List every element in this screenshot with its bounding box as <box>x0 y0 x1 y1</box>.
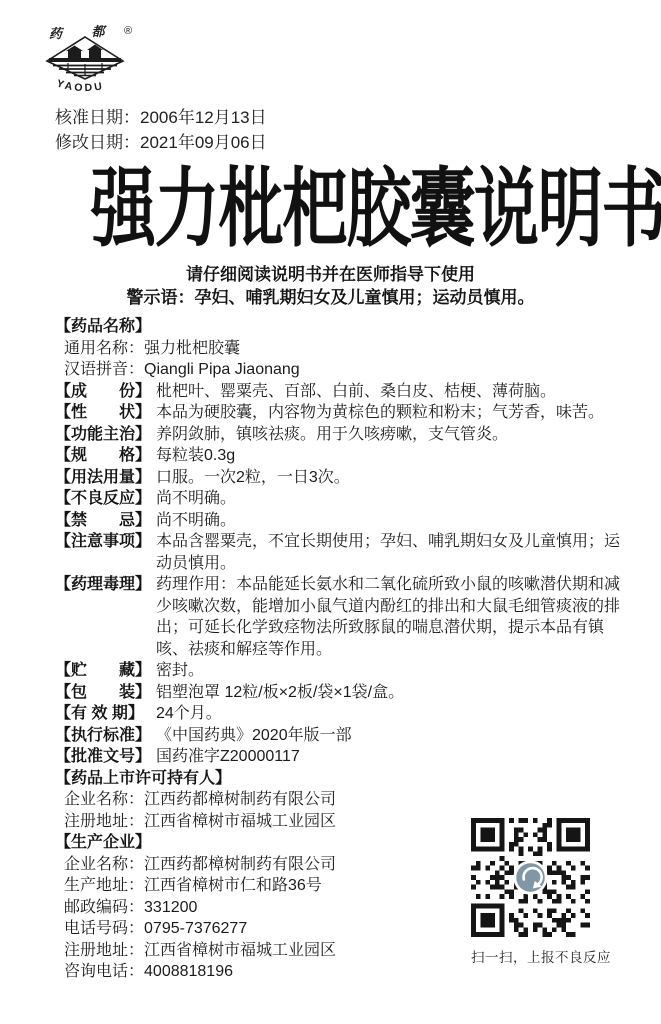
section-content: 尚不明确。 <box>156 510 627 532</box>
section-contraindications: 【禁 忌】 尚不明确。 <box>55 510 627 532</box>
sub-value: 4008818196 <box>144 961 233 983</box>
sub-label: 通用名称： <box>64 338 144 360</box>
sub-value: 江西省樟树市福城工业园区 <box>144 940 336 962</box>
revision-date-label: 修改日期： <box>55 133 140 152</box>
sub-value: 江西省樟树市仁和路36号 <box>144 875 322 897</box>
section-label: 【执行标准】 <box>55 725 156 747</box>
leaflet-page: 药 都 ® YAODU 核准日期：2006年12月13日 修改日期：2021年0… <box>0 0 661 1024</box>
sub-item-pinyin: 汉语拼音： Qiangli Pipa Jiaonang <box>55 359 627 381</box>
section-dosage: 【用法用量】 口服。一次2粒，一日3次。 <box>55 467 627 489</box>
section-content: 养阴敛肺，镇咳祛痰。用于久咳痨嗽，支气管炎。 <box>156 424 627 446</box>
page-title: 强力枇杷胶囊说明书 <box>91 163 661 256</box>
sub-value: 江西药都樟树制药有限公司 <box>144 789 336 811</box>
section-license-holder: 【药品上市许可持有人】 <box>55 768 627 790</box>
approval-date-line: 核准日期：2006年12月13日 <box>55 105 267 130</box>
sub-label: 邮政编码： <box>64 897 144 919</box>
revision-date-line: 修改日期：2021年09月06日 <box>55 130 267 155</box>
usage-notice: 请仔细阅读说明书并在医师指导下使用 <box>0 263 661 286</box>
section-shelf-life: 【有 效 期】 24个月。 <box>55 703 627 725</box>
section-label: 【生产企业】 <box>55 832 156 854</box>
brand-char-right: 都 <box>90 24 108 39</box>
section-label: 【贮 藏】 <box>55 660 156 682</box>
sub-value: Qiangli Pipa Jiaonang <box>144 359 300 381</box>
adverse-reaction-qr-block: 扫一扫，上报不良反应 <box>471 818 603 966</box>
sub-label: 咨询电话： <box>64 961 144 983</box>
section-content: 国药准字Z20000117 <box>156 746 627 768</box>
title-block: 强力枇杷胶囊说明书 <box>0 163 661 256</box>
section-content: 本品为硬胶囊，内容物为黄棕色的颗粒和粉末；气芳香，味苦。 <box>156 402 627 424</box>
sub-label: 企业名称： <box>64 789 144 811</box>
yaodu-logo-icon: 药 都 ® YAODU <box>38 14 142 106</box>
approval-date-value: 2006年12月13日 <box>140 108 267 127</box>
section-approval-number: 【批准文号】 国药准字Z20000117 <box>55 746 627 768</box>
yaodu-brand-logo: 药 都 ® YAODU <box>38 14 142 106</box>
sub-item-holder-name: 企业名称： 江西药都樟树制药有限公司 <box>55 789 627 811</box>
approval-date-label: 核准日期： <box>55 108 140 127</box>
revision-date-value: 2021年09月06日 <box>140 133 267 152</box>
section-label: 【包 装】 <box>55 682 156 704</box>
warning-notice: 警示语：孕妇、哺乳期妇女及儿童慎用；运动员慎用。 <box>0 286 661 309</box>
section-content: 尚不明确。 <box>156 488 627 510</box>
sub-label: 电话号码： <box>64 918 144 940</box>
section-label: 【规 格】 <box>55 445 156 467</box>
section-label: 【禁 忌】 <box>55 510 156 532</box>
date-block: 核准日期：2006年12月13日 修改日期：2021年09月06日 <box>55 105 267 155</box>
svg-text:YAODU: YAODU <box>55 77 105 94</box>
sub-label: 生产地址： <box>64 875 144 897</box>
sub-value: 江西药都樟树制药有限公司 <box>144 854 336 876</box>
section-precautions: 【注意事项】 本品含罂粟壳，不宜长期使用；孕妇、哺乳期妇女及儿童慎用；运动员慎用… <box>55 531 627 574</box>
sub-value: 强力枇杷胶囊 <box>144 338 240 360</box>
sub-label: 注册地址： <box>64 940 144 962</box>
logo-band <box>49 58 121 62</box>
section-content: 药理作用：本品能延长氨水和二氧化硫所致小鼠的咳嗽潜伏期和减少咳嗽次数，能增加小鼠… <box>156 574 627 660</box>
section-specification: 【规 格】 每粒装0.3g <box>55 445 627 467</box>
section-ingredients: 【成 份】 枇杷叶、罂粟壳、百部、白前、桑白皮、桔梗、薄荷脑。 <box>55 381 627 403</box>
section-label: 【功能主治】 <box>55 424 156 446</box>
section-label: 【有 效 期】 <box>55 703 156 725</box>
section-drug-name: 【药品名称】 <box>55 316 627 338</box>
notice-block: 请仔细阅读说明书并在医师指导下使用 警示语：孕妇、哺乳期妇女及儿童慎用；运动员慎… <box>0 263 661 309</box>
qr-code <box>471 818 590 937</box>
section-content: 枇杷叶、罂粟壳、百部、白前、桑白皮、桔梗、薄荷脑。 <box>156 381 627 403</box>
section-label: 【药品名称】 <box>55 316 156 338</box>
section-label: 【药品上市许可持有人】 <box>55 768 231 790</box>
section-indications: 【功能主治】 养阴敛肺，镇咳祛痰。用于久咳痨嗽，支气管炎。 <box>55 424 627 446</box>
building-right <box>89 49 101 58</box>
section-label: 【药理毒理】 <box>55 574 156 596</box>
section-storage: 【贮 藏】 密封。 <box>55 660 627 682</box>
sub-item-generic-name: 通用名称： 强力枇杷胶囊 <box>55 338 627 360</box>
section-label: 【注意事项】 <box>55 531 156 553</box>
section-pharmacology: 【药理毒理】 药理作用：本品能延长氨水和二氧化硫所致小鼠的咳嗽潜伏期和减少咳嗽次… <box>55 574 627 660</box>
sub-value: 0795-7376277 <box>144 918 247 940</box>
section-content: 密封。 <box>156 660 627 682</box>
section-content: 本品含罂粟壳，不宜长期使用；孕妇、哺乳期妇女及儿童慎用；运动员慎用。 <box>156 531 627 574</box>
qr-caption: 扫一扫，上报不良反应 <box>471 946 603 966</box>
sub-label: 注册地址： <box>64 811 144 833</box>
section-standard: 【执行标准】 《中国药典》2020年版一部 <box>55 725 627 747</box>
sub-label: 汉语拼音： <box>64 359 144 381</box>
section-content: 《中国药典》2020年版一部 <box>156 725 627 747</box>
building-left <box>68 50 81 58</box>
section-label: 【批准文号】 <box>55 746 156 768</box>
section-label: 【成 份】 <box>55 381 156 403</box>
section-label: 【不良反应】 <box>55 488 156 510</box>
brand-name: YAODU <box>55 77 105 94</box>
section-content: 口服。一次2粒，一日3次。 <box>156 467 627 489</box>
brand-char-left: 药 <box>48 25 65 41</box>
sub-value: 江西省樟树市福城工业园区 <box>144 811 336 833</box>
section-content: 每粒装0.3g <box>156 445 627 467</box>
registered-trademark-icon: ® <box>124 25 132 37</box>
sub-value: 331200 <box>144 897 197 919</box>
section-content: 24个月。 <box>156 703 627 725</box>
section-adverse-reactions: 【不良反应】 尚不明确。 <box>55 488 627 510</box>
section-content: 铝塑泡罩 12粒/板×2板/袋×1袋/盒。 <box>156 682 627 704</box>
section-label: 【性 状】 <box>55 402 156 424</box>
section-label: 【用法用量】 <box>55 467 156 489</box>
qr-code-grid <box>471 818 590 937</box>
section-description: 【性 状】 本品为硬胶囊，内容物为黄棕色的颗粒和粉末；气芳香，味苦。 <box>55 402 627 424</box>
sub-label: 企业名称： <box>64 854 144 876</box>
section-packaging: 【包 装】 铝塑泡罩 12粒/板×2板/袋×1袋/盒。 <box>55 682 627 704</box>
